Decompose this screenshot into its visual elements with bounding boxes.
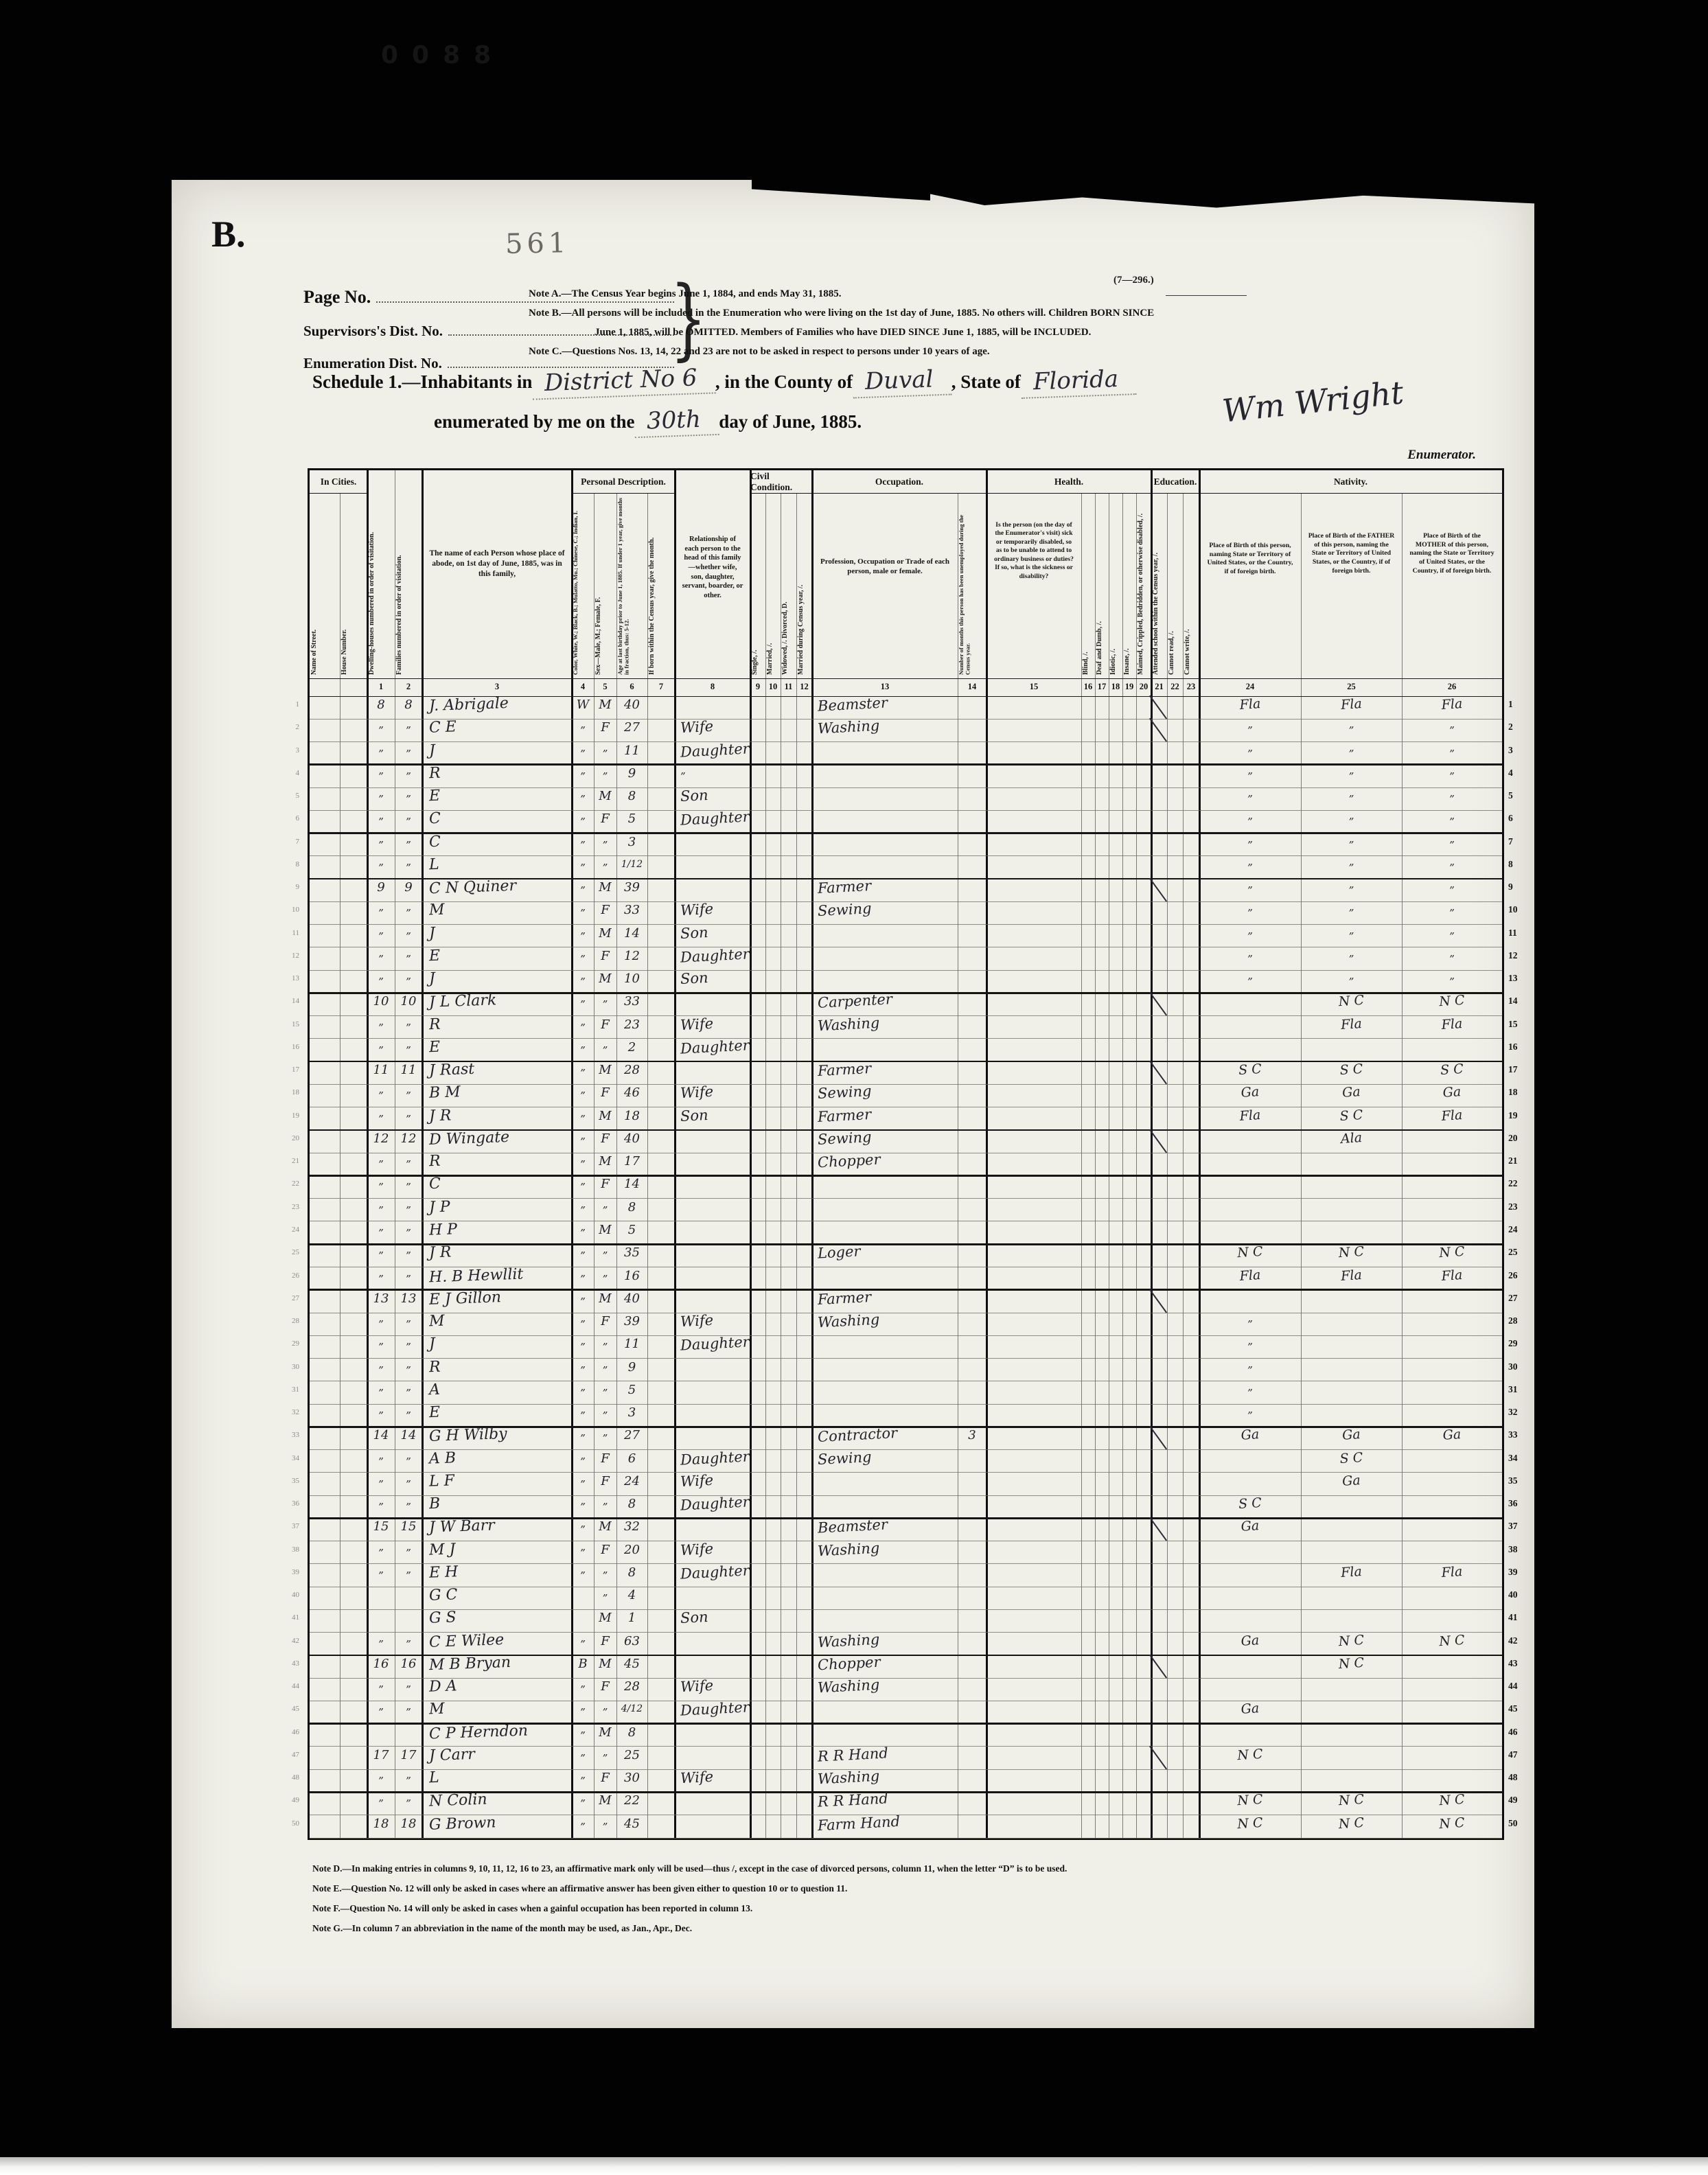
cell-name: H. B Hewllit [428, 1263, 523, 1289]
cell-name: M [428, 1310, 445, 1333]
cell-occ: Farmer [817, 875, 872, 900]
row-number-right: 13 [1508, 973, 1518, 984]
cell-c: ” [572, 993, 594, 1016]
cell-fm: 18 [395, 1812, 422, 1835]
cell-c: ” [572, 1427, 594, 1450]
row-number-left: 20 [283, 1134, 299, 1142]
note-f: Note F.—Question No. 14 will only be ask… [312, 1903, 1067, 1914]
col-label-sick: Is the person (on the day of the Enumera… [986, 494, 1081, 678]
cell-a: 28 [616, 1059, 647, 1081]
row-number-right: 44 [1508, 1681, 1518, 1692]
cell-s: M [594, 1607, 616, 1629]
row-rule [310, 1541, 1502, 1541]
cell-fm: ” [395, 1222, 422, 1245]
cell-name: M [428, 1698, 445, 1721]
column-rule [1183, 494, 1184, 1838]
cell-fm: ” [395, 1153, 422, 1176]
cell-name: G C [428, 1583, 458, 1607]
cell-fm: ” [395, 1245, 422, 1267]
cell-a: 5 [616, 807, 647, 830]
cell-fa: ” [1301, 788, 1402, 811]
cell-c: ” [572, 1153, 594, 1176]
cell-a: 14 [616, 1173, 647, 1195]
row-rule [310, 1678, 1502, 1679]
cell-dw: ” [367, 1679, 395, 1701]
cell-name: L [428, 853, 439, 877]
cell-dw: ” [367, 1359, 395, 1382]
col-label-c22: Cannot read, /. [1167, 495, 1183, 677]
row-number-right: 8 [1508, 859, 1513, 870]
cell-occ: Washing [817, 1628, 880, 1654]
cell-fm: ” [395, 788, 422, 811]
cell-s: M [594, 922, 616, 945]
row-number-left: 16 [283, 1043, 299, 1051]
column-rule [1122, 494, 1123, 1838]
cell-name: E [428, 945, 440, 968]
cell-c: ” [572, 1679, 594, 1701]
cell-a: 39 [616, 876, 647, 899]
row-number-right: 2 [1508, 722, 1513, 733]
state-handwritten: Florida [1020, 365, 1137, 399]
col-label-mo7: If born within the Census year, give the… [647, 495, 675, 677]
cell-c: ” [572, 1405, 594, 1427]
cell-mo: ” [1402, 834, 1502, 857]
row-number-right: 12 [1508, 950, 1518, 961]
cell-name: C [428, 830, 441, 853]
date-suffix: day of June, 1885. [719, 411, 862, 433]
cell-fa: ” [1301, 834, 1402, 857]
scanner-bezel [0, 2157, 1708, 2175]
cell-name: G Brown [428, 1811, 496, 1837]
cell-rel: Wife [680, 1309, 714, 1334]
cell-s: M [594, 967, 616, 990]
cell-c: ” [572, 1108, 594, 1131]
row-number-right: 23 [1508, 1201, 1518, 1212]
cell-name: D A [428, 1675, 457, 1699]
form-code: (7—296.) [1113, 275, 1154, 286]
cell-rel: Son [680, 921, 708, 945]
cell-name: M [428, 899, 445, 922]
cell-mo: ” [1402, 743, 1502, 766]
cell-s: M [594, 1219, 616, 1241]
cell-born: ” [1199, 1313, 1301, 1336]
col-label-c20: Maimed, Crippled, Bedridden, or otherwis… [1136, 495, 1151, 677]
cell-fm: ” [395, 1382, 422, 1405]
cell-a: 11 [616, 1333, 647, 1355]
row-rule [310, 1198, 1502, 1199]
note-b-continued: June 1, 1885, will be OMITTED. Members o… [529, 327, 1339, 338]
column-rule [958, 494, 958, 1838]
cell-dw: ” [367, 811, 395, 833]
cell-s: F [594, 716, 616, 739]
row-number-left: 2 [283, 723, 299, 731]
row-rule [310, 1495, 1502, 1496]
cell-c: ” [572, 1268, 594, 1291]
cell-rel: Daughter [680, 1445, 750, 1471]
col-label-fa: Place of Birth of the FATHER of this per… [1301, 494, 1402, 678]
cell-rel: Daughter [680, 1559, 750, 1585]
cell-s: M [594, 693, 616, 716]
day-handwritten: 30th [634, 405, 719, 438]
cell-s: ” [594, 1382, 616, 1405]
cell-s: F [594, 807, 616, 830]
row-number-left: 35 [283, 1477, 299, 1485]
cell-a: 22 [616, 1789, 647, 1812]
cell-name: E J Gillon [428, 1286, 501, 1311]
row-number-right: 48 [1508, 1772, 1518, 1783]
row-number-left: 7 [283, 838, 299, 846]
row-number-left: 27 [283, 1294, 299, 1302]
column-rule [1109, 494, 1109, 1838]
row-number-left: 12 [283, 952, 299, 960]
cell-dw: ” [367, 1176, 395, 1199]
row-rule [310, 1769, 1502, 1770]
col-label-hn: House Number. [340, 495, 367, 677]
cell-name: J [428, 967, 435, 991]
cell-fm: ” [395, 1199, 422, 1222]
cell-s: F [594, 1447, 616, 1470]
cell-c: ” [572, 1085, 594, 1107]
cell-a: 8 [616, 1493, 647, 1515]
col-number: 16 [1081, 682, 1095, 692]
cell-s: M [594, 1059, 616, 1081]
row-number-left: 33 [283, 1431, 299, 1439]
cell-fm: 12 [395, 1127, 422, 1150]
cell-c: ” [572, 1382, 594, 1405]
row-number-right: 6 [1508, 813, 1513, 824]
district-handwritten: District No 6 [532, 363, 716, 400]
note-e: Note E.—Question No. 12 will only be ask… [312, 1883, 1067, 1894]
cell-occ: Sewing [817, 897, 872, 923]
col-number: 22 [1167, 682, 1183, 692]
cell-dw: 16 [367, 1653, 395, 1675]
cell-rel: Daughter [680, 943, 750, 969]
col-number: 3 [422, 682, 572, 692]
row-number-right: 16 [1508, 1042, 1518, 1052]
state-label: , State of [951, 371, 1021, 393]
row-number-left: 3 [283, 746, 299, 755]
cell-a: 4 [616, 1584, 647, 1607]
cell-name: G H Wilby [428, 1423, 507, 1448]
cell-name: R [428, 1150, 441, 1173]
row-number-right: 43 [1508, 1658, 1518, 1669]
row-number-left: 32 [283, 1408, 299, 1416]
row-number-right: 9 [1508, 882, 1513, 893]
cell-a: 8 [616, 1561, 647, 1584]
row-number-right: 14 [1508, 996, 1518, 1006]
cell-occ: Sewing [817, 1446, 872, 1471]
row-number-left: 38 [283, 1545, 299, 1554]
note-b: Note B.—All persons will be included in … [529, 308, 1339, 319]
cell-occ: Sewing [817, 1080, 872, 1105]
cell-c: ” [572, 1313, 594, 1336]
cell-born: N C [1199, 1740, 1302, 1770]
cell-dw: ” [367, 1313, 395, 1336]
cell-mo: N C [1401, 1626, 1503, 1656]
cell-s: ” [594, 1359, 616, 1382]
cell-a: 35 [616, 1241, 647, 1264]
row-number-right: 47 [1508, 1749, 1518, 1760]
cell-s: F [594, 1013, 616, 1036]
cell-fm: ” [395, 766, 422, 788]
row-number-left: 45 [283, 1705, 299, 1713]
cell-occ: Washing [817, 1765, 880, 1791]
cell-dw: ” [367, 1382, 395, 1405]
cell-c: ” [572, 879, 594, 902]
cell-fa: ” [1301, 879, 1402, 902]
col-label-fm: Families numbered in order of visitation… [395, 495, 422, 677]
cell-dw: ” [367, 1245, 395, 1267]
cell-occ: Chopper [817, 1149, 881, 1175]
col-label-un: Number of months this person has been un… [958, 495, 986, 677]
col-number: 19 [1122, 682, 1136, 692]
cell-born: ” [1199, 925, 1301, 948]
cell-occ: Washing [817, 1309, 880, 1335]
col-label-c16: Blind, /. [1081, 495, 1095, 677]
row-number-right: 33 [1508, 1429, 1518, 1440]
cell-c: ” [572, 1473, 594, 1496]
cell-mo: ” [1402, 902, 1502, 925]
row-number-right: 30 [1508, 1361, 1518, 1372]
cell-fm: ” [395, 1336, 422, 1359]
strip-rule [310, 678, 1502, 679]
cell-s: F [594, 945, 616, 967]
cell-rel: Son [680, 967, 708, 991]
row-number-left: 10 [283, 906, 299, 914]
cell-s: M [594, 1515, 616, 1538]
cell-born: ” [1199, 948, 1301, 971]
col-label-mo: Place of Birth of the MOTHER of this per… [1402, 494, 1502, 678]
cell-fa: ” [1301, 766, 1402, 788]
row-number-left: 22 [283, 1179, 299, 1188]
row-number-right: 42 [1508, 1635, 1518, 1646]
cell-s: F [594, 1539, 616, 1561]
row-number-right: 3 [1508, 745, 1513, 756]
cell-occ: Washing [817, 1537, 880, 1563]
col-label-name: The name of each Person whose place of a… [422, 494, 572, 678]
cell-a: 33 [616, 990, 647, 1013]
row-number-left: 1 [283, 700, 299, 709]
cell-born: ” [1199, 971, 1301, 993]
cell-dw: ” [367, 1565, 395, 1587]
cell-s: M [594, 1287, 616, 1310]
col-label-c: Color, White, W.; Black, B.; Mulatto, Mu… [572, 495, 594, 677]
cell-fa: ” [1301, 743, 1402, 766]
col-label-c23: Cannot write, /. [1183, 495, 1199, 677]
row-number-right: 40 [1508, 1589, 1518, 1600]
cell-a: 8 [616, 785, 647, 807]
row-number-left: 34 [283, 1454, 299, 1462]
cell-name: R [428, 1013, 441, 1036]
cell-name: J P [428, 1195, 450, 1219]
cell-born: ” [1199, 1359, 1301, 1382]
cell-a: 45 [616, 1812, 647, 1835]
cell-c: ” [572, 1222, 594, 1245]
row-number-right: 10 [1508, 904, 1518, 915]
cell-a: 45 [616, 1653, 647, 1675]
cell-a: 5 [616, 1379, 647, 1401]
cell-name: L [428, 1767, 439, 1790]
cell-s: ” [594, 1405, 616, 1427]
cell-name: R [428, 1355, 441, 1379]
enumerator-label: Enumerator. [1339, 448, 1476, 463]
cell-born: ” [1199, 811, 1301, 833]
row-number-right: 7 [1508, 836, 1513, 847]
col-number: 4 [572, 682, 594, 692]
col-label-c10: Married, /. [765, 495, 781, 677]
col-label-c11: Widowed, /. Divorced, D. [781, 495, 796, 677]
col-number: 21 [1151, 682, 1167, 692]
cell-a: 40 [616, 693, 647, 716]
cell-fa: ” [1301, 948, 1402, 971]
enumerator-signature: Wm Wright [1221, 373, 1405, 429]
cell-c: ” [572, 1725, 594, 1747]
col-number: 17 [1095, 682, 1109, 692]
row-number-right: 45 [1508, 1703, 1518, 1714]
col-label-c19: Insane, /. [1122, 495, 1136, 677]
col-number: 13 [812, 682, 958, 692]
row-number-left: 5 [283, 792, 299, 800]
group-header-cc: Civil Condition. [750, 470, 812, 494]
cell-a: 6 [616, 1447, 647, 1470]
row-number-left: 31 [283, 1385, 299, 1394]
cell-born: ” [1199, 1336, 1301, 1359]
census-table: In Cities.Personal Description.Civil Con… [308, 468, 1504, 1840]
cell-a: 39 [616, 1310, 647, 1333]
cell-a: 2 [616, 1036, 647, 1059]
cell-a: 5 [616, 1219, 647, 1241]
cell-name: C [428, 1173, 441, 1196]
group-header-cities: In Cities. [310, 470, 367, 494]
row-rule [310, 1381, 1502, 1381]
col-number: 1 [367, 682, 395, 692]
cell-c: ” [572, 766, 594, 788]
row-number-right: 24 [1508, 1224, 1518, 1235]
cell-fm: ” [395, 1679, 422, 1701]
form-letter: B. [211, 213, 246, 255]
cell-s: ” [594, 1565, 616, 1587]
cell-rel: Wife [680, 1012, 714, 1037]
cell-dw: ” [367, 1542, 395, 1565]
cell-name: J [428, 739, 435, 762]
cell-rel: Daughter [680, 1331, 750, 1357]
notes-top: Note A.—The Census Year begins June 1, 1… [529, 288, 1339, 365]
col-number: 5 [594, 682, 616, 692]
cell-mo: Fla [1401, 690, 1503, 720]
cell-fm: ” [395, 1176, 422, 1199]
row-number-left: 24 [283, 1225, 299, 1234]
cell-name: H P [428, 1218, 457, 1242]
cell-s: ” [594, 1245, 616, 1267]
row-number-right: 27 [1508, 1293, 1518, 1304]
cell-c: ” [572, 720, 594, 742]
group-header-occ: Occupation. [812, 470, 986, 494]
cell-c: ” [572, 1039, 594, 1062]
cell-rel: Son [680, 784, 708, 808]
county-handwritten: Duval [852, 365, 951, 399]
cell-name: R [428, 761, 441, 785]
county-label: , in the County of [715, 371, 853, 393]
cell-occ: Farm Hand [817, 1810, 901, 1837]
cell-occ: Loger [817, 1241, 861, 1265]
row-number-left: 23 [283, 1203, 299, 1211]
cell-s: F [594, 1310, 616, 1333]
row-rule [310, 1221, 1502, 1221]
cell-a: 63 [616, 1630, 647, 1653]
row-number-left: 14 [283, 997, 299, 1005]
group-header-health: Health. [986, 470, 1151, 494]
col-label-st: Name of Street. [310, 495, 340, 677]
row-number-right: 5 [1508, 790, 1513, 801]
cell-name: C N Quiner [428, 875, 516, 901]
row-number-left: 42 [283, 1637, 299, 1645]
cell-name: E [428, 1401, 440, 1425]
cell-name: G S [428, 1607, 457, 1631]
cell-fm: ” [395, 902, 422, 925]
group-header-nat: Nativity. [1199, 470, 1502, 494]
cell-a: 27 [616, 1424, 647, 1447]
col-number: 20 [1136, 682, 1151, 692]
cell-name: B M [428, 1081, 461, 1105]
row-number-right: 36 [1508, 1498, 1518, 1509]
cell-fm: ” [395, 925, 422, 948]
cell-dw: ” [367, 1473, 395, 1496]
cell-c: ” [572, 925, 594, 948]
row-number-left: 29 [283, 1339, 299, 1348]
row-number-left: 25 [283, 1248, 299, 1256]
row-number-right: 17 [1508, 1064, 1518, 1075]
cell-fa: ” [1301, 811, 1402, 833]
cell-s: ” [594, 834, 616, 857]
cell-rel: Wife [680, 1537, 714, 1562]
col-number: 11 [781, 682, 796, 692]
cell-born: Ga [1199, 1626, 1302, 1656]
row-number-right: 28 [1508, 1315, 1518, 1326]
cell-a: 40 [616, 1287, 647, 1310]
cell-rel: Daughter [680, 1696, 750, 1723]
cell-c: ” [572, 1451, 594, 1473]
row-number-right: 19 [1508, 1110, 1518, 1121]
note-d: Note D.—In making entries in columns 9, … [312, 1863, 1067, 1874]
cell-a: 20 [616, 1539, 647, 1561]
row-rule [310, 1587, 1502, 1587]
row-number-left: 30 [283, 1363, 299, 1371]
row-number-right: 38 [1508, 1544, 1518, 1555]
cell-mo: ” [1402, 857, 1502, 879]
cell-c: ” [572, 1245, 594, 1267]
cell-c: B [572, 1653, 594, 1675]
cell-c: ” [572, 834, 594, 857]
row-number-right: 11 [1508, 928, 1517, 939]
cell-name: N Colin [428, 1788, 487, 1813]
cell-a: 18 [616, 1105, 647, 1127]
cell-a: 46 [616, 1081, 647, 1104]
cell-dw: ” [367, 834, 395, 857]
row-number-right: 4 [1508, 768, 1513, 779]
col-number: 18 [1109, 682, 1122, 692]
cell-fm: 17 [395, 1744, 422, 1767]
cell-s: F [594, 1173, 616, 1195]
row-number-right: 31 [1508, 1384, 1518, 1395]
row-number-right: 46 [1508, 1727, 1518, 1738]
row-rule [310, 1404, 1502, 1405]
row-number-left: 49 [283, 1796, 299, 1804]
cell-fa: ” [1301, 925, 1402, 948]
col-number: 8 [675, 682, 750, 692]
cell-c: ” [572, 1816, 594, 1839]
row-rule [310, 1838, 1502, 1839]
cell-name: J [428, 921, 435, 945]
